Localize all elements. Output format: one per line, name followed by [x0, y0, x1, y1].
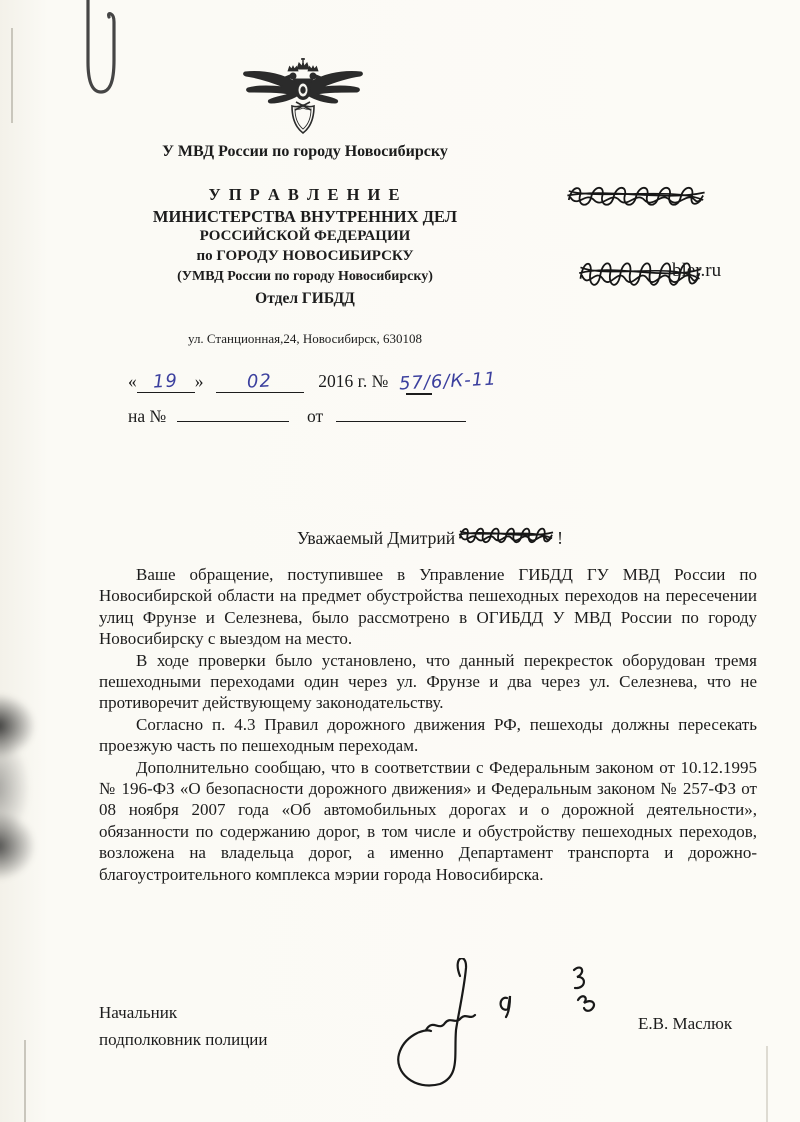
mvd-double-eagle-emblem-icon: [240, 58, 366, 138]
letterhead-line-federation: РОССИЙСКОЙ ФЕДЕРАЦИИ: [60, 228, 550, 245]
date-number-line: «19» 02 2016 г. № 57/6/К-11: [128, 371, 496, 393]
salutation-punctuation: !: [557, 528, 563, 548]
signer-name: Е.В. Маслюк: [638, 1014, 732, 1034]
salutation-line: Уважаемый Дмитрий!: [100, 524, 760, 549]
org-top-line: У МВД России по городу Новосибирску: [60, 143, 550, 161]
redaction-scribble-icon: [566, 182, 706, 212]
letterhead-line-umvd: (УМВД России по городу Новосибирску): [60, 269, 550, 285]
open-quote: «: [128, 371, 137, 391]
email-visible-fragment: bler.ru: [672, 260, 721, 282]
paragraph-3: Согласно п. 4.3 Правил дорожного движени…: [99, 714, 757, 757]
scan-edge-line-bottom: [24, 1040, 26, 1122]
reply-reference-line: на № от: [128, 400, 466, 427]
letterhead-line-gibdd: Отдел ГИБДД: [60, 290, 550, 308]
close-quote: »: [195, 371, 204, 391]
handwritten-day: 19: [153, 370, 179, 392]
redaction-scribble-icon: [458, 524, 554, 548]
letter-body: Ваше обращение, поступившее в Управление…: [99, 564, 757, 885]
letterhead-line-city: по ГОРОДУ НОВОСИБИРСКУ: [60, 248, 550, 265]
from-label: от: [307, 406, 323, 426]
signer-position-line1: Начальник: [99, 999, 268, 1026]
salutation-text: Уважаемый Дмитрий: [297, 528, 455, 548]
scan-edge-line-right: [766, 1046, 768, 1122]
letterhead-line-upravlenie: У П Р А В Л Е Н И Е: [60, 185, 550, 205]
handwritten-month: 02: [247, 370, 273, 392]
paragraph-2: В ходе проверки было установлено, что да…: [99, 650, 757, 714]
handwritten-signature-icon: [378, 958, 628, 1093]
paragraph-4: Дополнительно сообщаю, что в соответстви…: [99, 757, 757, 885]
letterhead-line-ministry: МИНИСТЕРСТВА ВНУТРЕННИХ ДЕЛ: [60, 207, 550, 227]
reply-to-label: на №: [128, 406, 166, 426]
paragraph-1: Ваше обращение, поступившее в Управление…: [99, 564, 757, 650]
number-partial-underline: [406, 393, 432, 395]
paperclip-icon: [76, 0, 124, 100]
letterhead-address: ул. Станционная,24, Новосибирск, 630108: [60, 331, 550, 347]
scanned-letter-page: У МВД России по городу Новосибирску У П …: [0, 0, 800, 1122]
scanner-shadow: [0, 688, 52, 893]
handwritten-doc-number: 57/6/К-11: [398, 368, 497, 394]
scan-edge-line-top: [11, 28, 13, 123]
signer-position: Начальник подполковник полиции: [99, 999, 268, 1053]
signer-position-line2: подполковник полиции: [99, 1026, 268, 1053]
year-number-label: 2016 г. №: [318, 371, 388, 391]
